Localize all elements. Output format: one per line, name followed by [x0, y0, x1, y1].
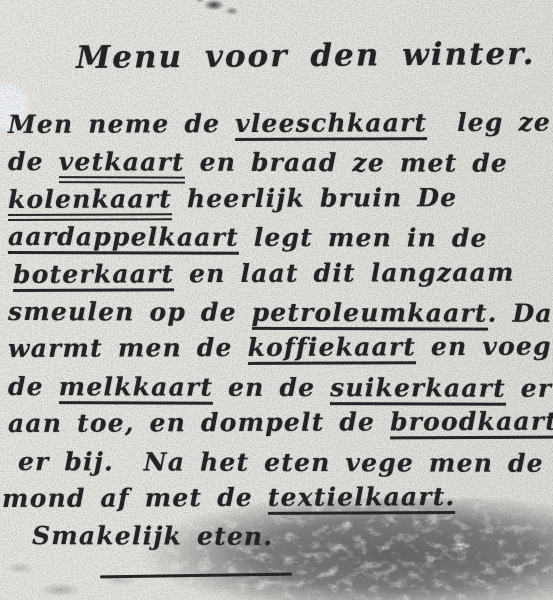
text-segment: mond af met de [2, 483, 268, 513]
handwritten-line: mond af met de textielkaart. [2, 478, 553, 518]
ink-smudge-top [190, 0, 260, 24]
note-title: Menu voor den winter. [76, 36, 536, 76]
text-segment: . Dan [488, 299, 553, 328]
handwritten-line: boterkaart en laat dit langzaam [8, 253, 553, 293]
text-segment: Men neme de [8, 109, 235, 139]
ration-card-word: broodkaart [390, 407, 553, 440]
text-segment: heerlijk bruin De [172, 183, 457, 213]
text-segment: leg ze in [427, 107, 553, 137]
handwritten-line: er bij. Na het eten vege men de [8, 443, 553, 482]
handwritten-line: Men neme de vleeschkaart leg ze in [8, 104, 553, 144]
ration-card-word: melkkaart [59, 372, 214, 405]
ration-card-word: koffiekaart [247, 333, 416, 366]
ration-card-word: petroleumkaart [252, 298, 488, 331]
body-lines: Men neme de vleeschkaart leg ze inde vet… [8, 106, 553, 555]
ration-card-word: kolenkaart [8, 184, 172, 221]
ration-card-word: vleeschkaart [235, 108, 427, 141]
text-segment: legt men in de [239, 223, 488, 253]
ration-card-word: boterkaart [13, 259, 174, 292]
handwritten-line: warmt men de koffiekaart en voegt [8, 328, 553, 368]
text-segment: en braad ze met de [185, 148, 508, 178]
handwritten-line: smeulen op de petroleumkaart. Dan [8, 293, 553, 332]
handwritten-line: Smakelijk eten. [8, 517, 553, 556]
text-segment: Smakelijk eten. [32, 521, 273, 551]
handwritten-line: de vetkaart en braad ze met de [8, 143, 553, 182]
text-segment: warmt men de [8, 333, 248, 363]
text-segment: er bij. Na het eten vege men de [18, 447, 544, 478]
text-segment: en voegt [416, 332, 553, 362]
ration-card-word: suikerkaart [330, 373, 506, 406]
handwritten-line: aan toe, en dompelt de broodkaart [8, 403, 553, 443]
ration-card-word: aardappelkaart [8, 222, 239, 255]
text-segment: smeulen op de [8, 297, 252, 327]
handwritten-line: de melkkaart en de suikerkaart er [8, 368, 553, 407]
text-segment: en laat dit langzaam [174, 257, 515, 287]
text-segment: aan toe, en dompelt de [8, 407, 390, 438]
handwritten-note-page: Menu voor den winter. Men neme de vleesc… [0, 0, 553, 600]
handwritten-line: aardappelkaart legt men in de [8, 218, 553, 257]
ration-card-word: textielkaart. [268, 482, 456, 515]
text-segment: de [8, 147, 59, 176]
ration-card-word: vetkaart [59, 148, 185, 184]
text-segment: en de [213, 372, 330, 401]
handwritten-line: kolenkaart heerlijk bruin De [8, 178, 553, 218]
text-segment: er [506, 373, 552, 402]
text-segment: de [8, 372, 59, 401]
